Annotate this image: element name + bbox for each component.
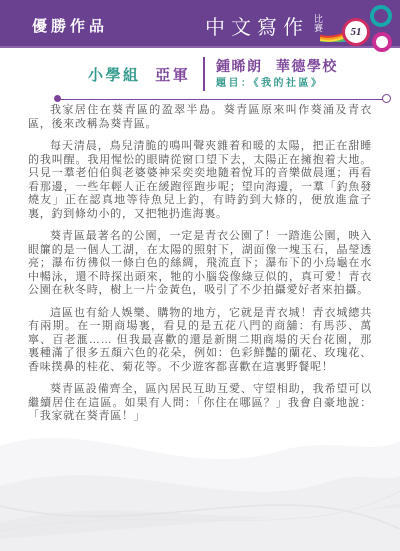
author-name: 鍾晞朗	[216, 58, 263, 74]
essay-topic: 題目：《我的社區》	[216, 74, 324, 89]
essay-paragraph: 這區也有給人娛樂、購物的地方，它就是青衣城！青衣城總共有兩期。在一期商場裏，看見…	[28, 307, 372, 375]
essay-body: 我家居住在葵青區的盈翠半島。葵青區原來叫作葵涌及青衣區，後來改稱為葵青區。 每天…	[28, 104, 372, 424]
winners-label: 優勝作品	[32, 15, 108, 36]
separator-rule	[57, 99, 387, 100]
essay-paragraph: 葵青區設備齊全，區內居民互助互愛、守望相助，我希望可以繼續居住在這區。如果有人問…	[28, 383, 372, 424]
rule-ring-icon	[382, 94, 391, 103]
essay-paragraph: 每天清晨，鳥兒清脆的鳴叫聲夾雜着和暖的太陽，把正在甜睡的我叫醒。我用惺忪的眼睛從…	[28, 140, 372, 221]
division-award: 小學組 亞軍	[88, 64, 190, 85]
publication-page: 優勝作品 中文寫作 比賽 51 小學組 亞軍 鍾晞朗 華德學校 題目：《我的社區…	[0, 0, 400, 551]
byline-divider	[203, 57, 205, 91]
author-school: 鍾晞朗 華德學校	[216, 56, 338, 76]
magenta-ring-icon	[372, 32, 392, 52]
essay-paragraph: 葵青區最著名的公園，一定是青衣公園了！一踏進公園，映入眼簾的是一個人工湖，在太陽…	[28, 230, 372, 298]
edition-badge: 51	[342, 18, 370, 46]
essay-paragraph: 我家居住在葵青區的盈翠半島。葵青區原來叫作葵涌及青衣區，後來改稱為葵青區。	[28, 104, 372, 131]
award-label: 亞軍	[155, 67, 190, 84]
division-label: 小學組	[88, 67, 141, 84]
competition-logo-title: 中文寫作	[205, 11, 309, 40]
rule-dot-icon	[54, 95, 61, 102]
bottom-wave-decoration	[0, 411, 400, 551]
byline-block: 小學組 亞軍 鍾晞朗 華德學校 題目：《我的社區》	[0, 54, 400, 94]
school-name: 華德學校	[276, 58, 338, 74]
header-banner: 優勝作品 中文寫作 比賽 51	[0, 0, 400, 48]
teal-ring-icon	[370, 5, 392, 27]
